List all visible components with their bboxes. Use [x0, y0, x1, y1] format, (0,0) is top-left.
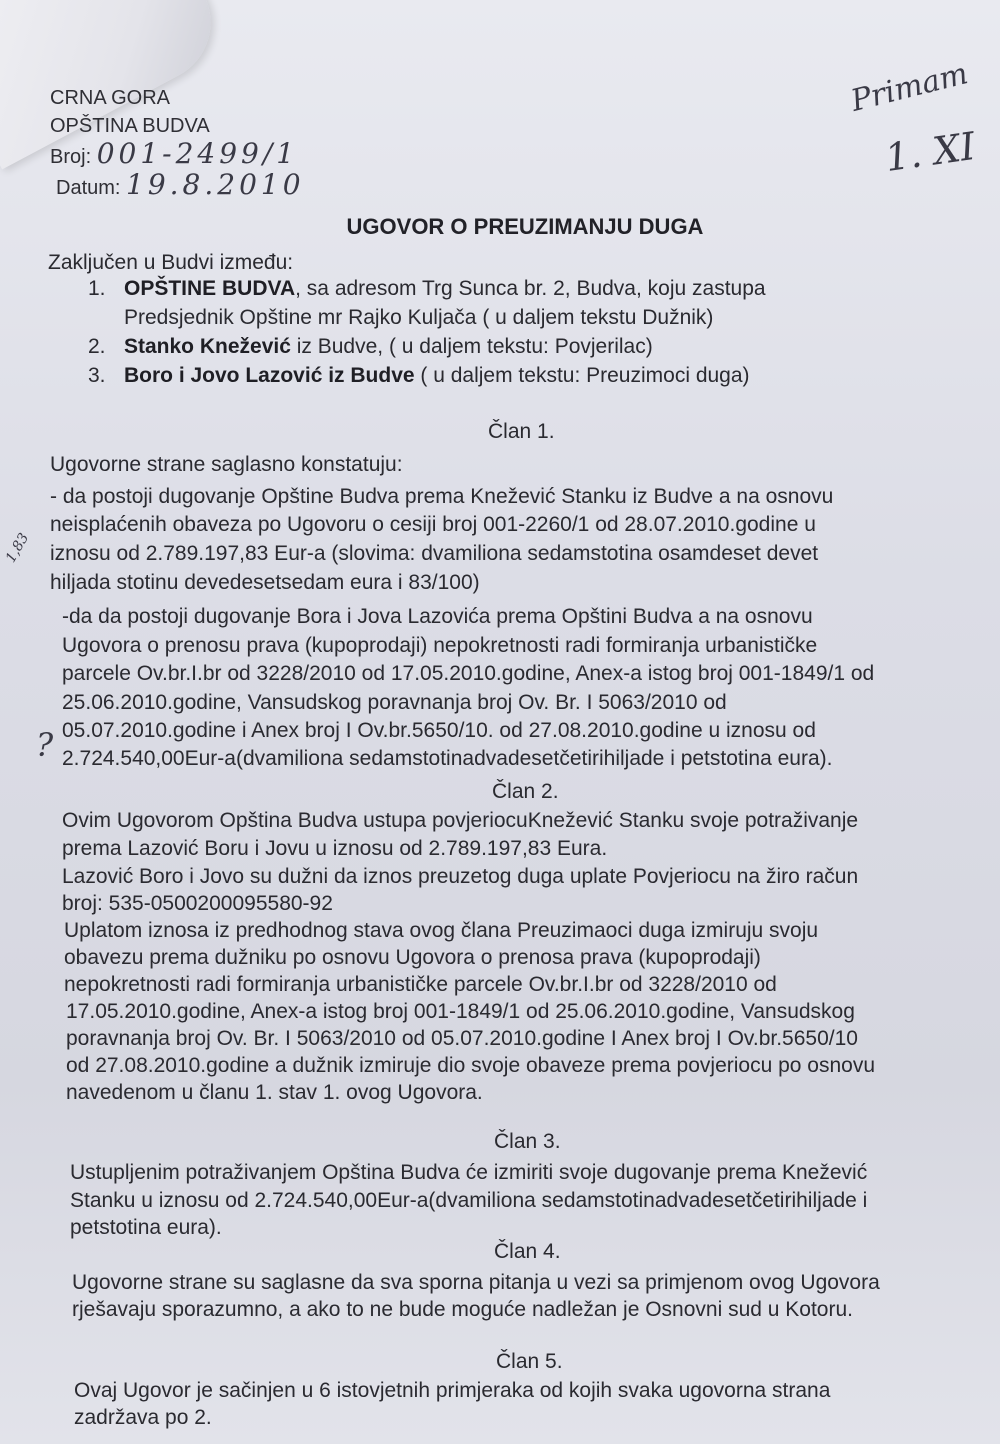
article-3-line: Stanku u iznosu od 2.724.540,00Eur-a(dva…	[70, 1186, 867, 1215]
article-1-line: 05.07.2010.godine i Anex broj I Ov.br.56…	[62, 716, 816, 745]
article-3-line: petstotina eura).	[70, 1213, 222, 1242]
article-1-line: 2.724.540,00Eur-a(dvamiliona sedamstotin…	[62, 744, 832, 773]
date-label: Datum:	[56, 177, 120, 199]
article-5-line: Ovaj Ugovor je sačinjen u 6 istovjetnih …	[74, 1376, 830, 1405]
document-title: UGOVOR O PREUZIMANJU DUGA	[0, 214, 1000, 240]
party-1-name: OPŠTINE BUDVA	[124, 277, 295, 300]
article-1-heading: Član 1.	[488, 420, 555, 444]
article-2-line: prema Lazović Boru i Jovu u iznosu od 2.…	[62, 834, 607, 863]
intro-text: Zaključen u Budvi između:	[48, 248, 293, 277]
article-3-line: Ustupljenim potraživanjem Opština Budva …	[70, 1158, 867, 1187]
handwritten-date: 19.8.2010	[126, 168, 305, 201]
article-5-line: zadržava po 2.	[74, 1403, 212, 1432]
article-2-line: Ovim Ugovorom Opština Budva ustupa povje…	[62, 806, 858, 835]
article-4-line: Ugovorne strane su saglasne da sva sporn…	[72, 1268, 880, 1297]
article-2-line: Lazović Boro i Jovo su dužni da iznos pr…	[62, 862, 858, 891]
article-2-line: obavezu prema dužniku po osnovu Ugovora …	[64, 943, 761, 972]
article-1-line: -da da postoji dugovanje Bora i Jova Laz…	[62, 602, 813, 631]
document-header: CRNA GORA OPŠTINA BUDVA Broj: 001-2499/1…	[50, 84, 305, 202]
article-2-line: nepokretnosti radi formiranja urbanistič…	[64, 970, 777, 999]
article-1-line: 25.06.2010.godine, Vansudskog poravnanja…	[62, 688, 727, 717]
handwritten-note: Primam	[848, 56, 972, 119]
article-2-line: Uplatom iznosa iz predhodnog stava ovog …	[64, 916, 818, 945]
handwritten-mark: 1. XI	[882, 124, 978, 180]
article-5-heading: Član 5.	[496, 1350, 563, 1374]
article-2-line: poravnanja broj Ov. Br. I 5063/2010 od 0…	[66, 1024, 858, 1053]
party-3: 3.Boro i Jovo Lazović iz Budve ( u dalje…	[88, 361, 750, 390]
municipality-label: OPŠTINA BUDVA	[50, 112, 305, 140]
article-1-line: neisplaćenih obaveza po Ugovoru o cesiji…	[50, 510, 816, 539]
article-1-line: hiljada stotinu devedesetsedam eura i 83…	[50, 568, 480, 597]
article-4-line: rješavaju sporazumno, a ako to ne bude m…	[72, 1295, 853, 1324]
handwritten-number: 001-2499/1	[97, 137, 298, 170]
article-1-line: Ugovorne strane saglasno konstatuju:	[50, 450, 403, 479]
article-1-line: Ugovora o prenosu prava (kupoprodaji) ne…	[62, 631, 817, 660]
party-2-name: Stanko Knežević	[124, 335, 291, 358]
margin-question-mark: ?	[36, 726, 53, 764]
article-2-heading: Član 2.	[492, 780, 559, 804]
article-1-line: - da postoji dugovanje Opštine Budva pre…	[50, 482, 833, 511]
article-1-line: iznosu od 2.789.197,83 Eur-a (slovima: d…	[50, 539, 818, 568]
number-label: Broj:	[50, 146, 91, 168]
article-2-line: broj: 535-0500200095580-92	[62, 889, 333, 918]
party-2: 2.Stanko Knežević iz Budve, ( u daljem t…	[88, 332, 653, 361]
article-2-line: od 27.08.2010.godine a dužnik izmiruje d…	[66, 1051, 875, 1080]
article-2-line: navedenom u članu 1. stav 1. ovog Ugovor…	[66, 1078, 483, 1107]
article-1-line: parcele Ov.br.I.br od 3228/2010 od 17.05…	[62, 659, 874, 688]
article-3-heading: Član 3.	[494, 1130, 561, 1154]
party-3-name: Boro i Jovo Lazović iz Budve	[124, 364, 415, 387]
article-4-heading: Član 4.	[494, 1240, 561, 1264]
party-1: 1.OPŠTINE BUDVA, sa adresom Trg Sunca br…	[88, 274, 766, 303]
country-label: CRNA GORA	[50, 84, 305, 112]
party-1-representative: Predsjednik Opštine mr Rajko Kuljača ( u…	[124, 303, 713, 332]
margin-note-amount: 1,83	[3, 531, 32, 566]
article-2-line: 17.05.2010.godine, Anex-a istog broj 001…	[66, 997, 855, 1026]
